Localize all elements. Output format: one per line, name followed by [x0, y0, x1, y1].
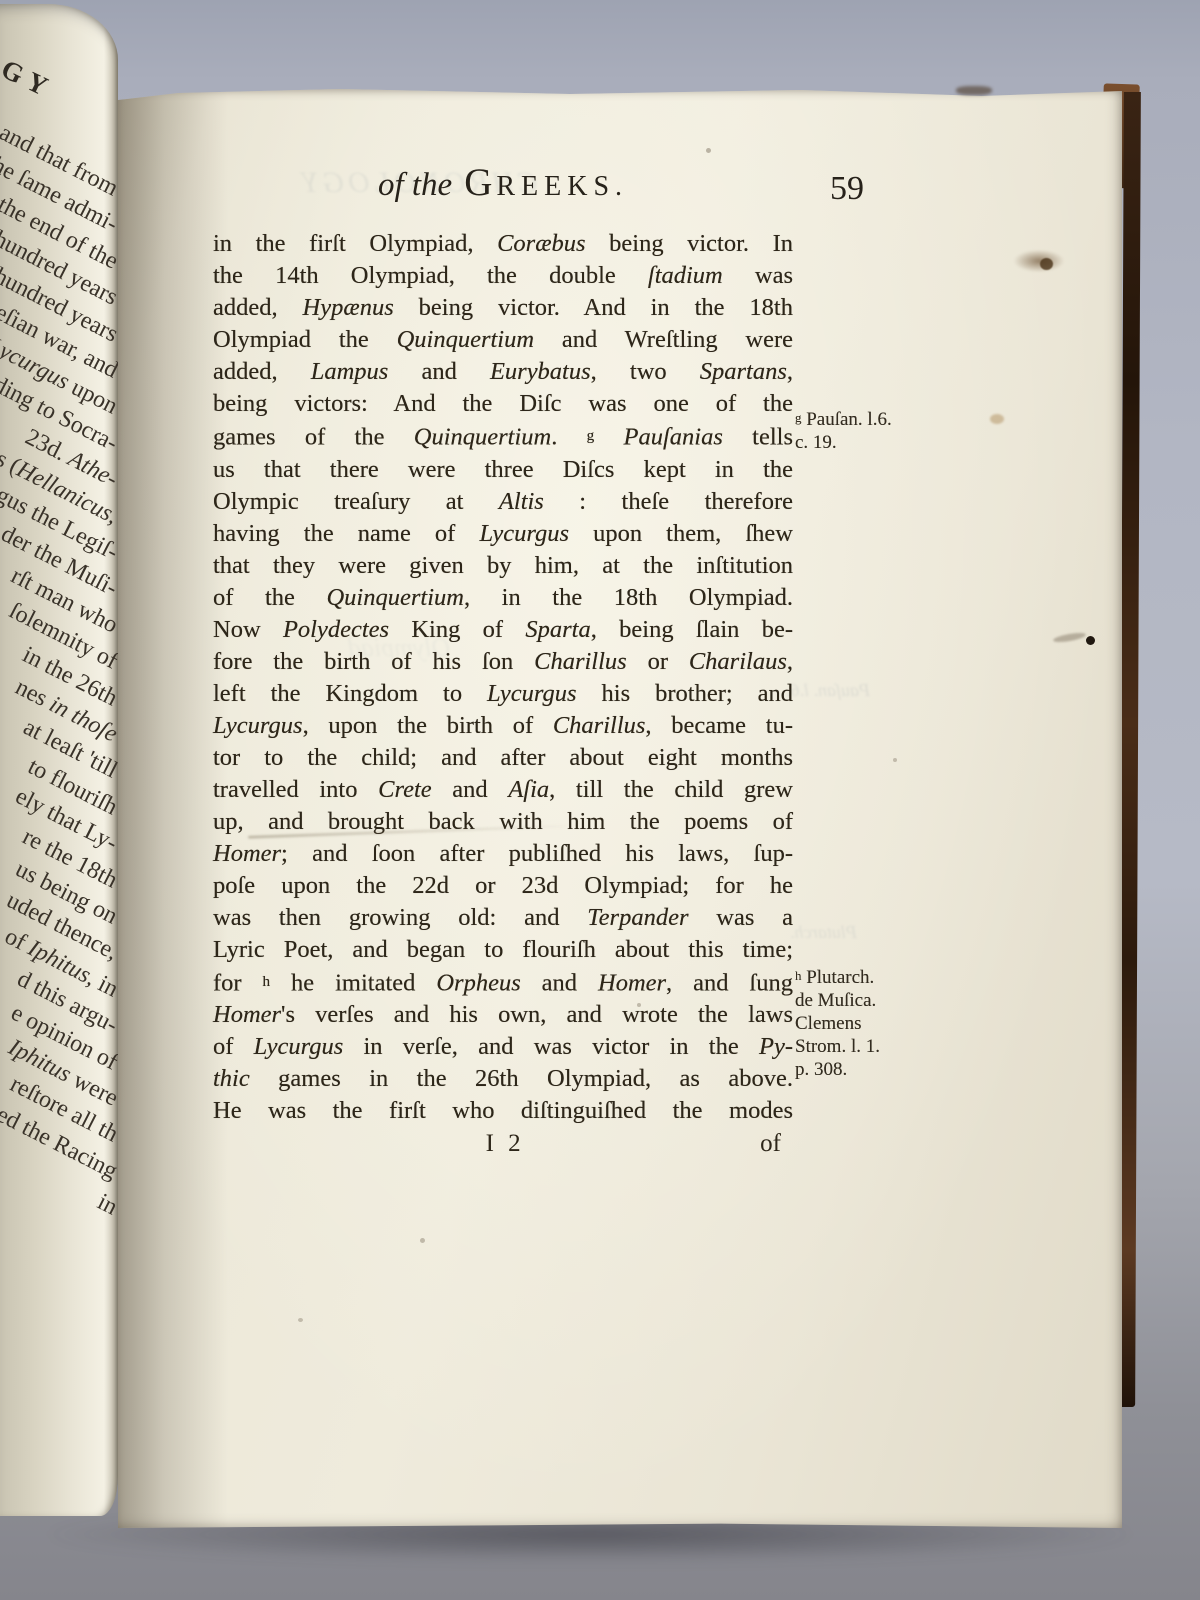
body-text-line: Olympic treaſury at Altis : theſe theref… — [213, 486, 793, 518]
body-text-line: He was the firſt who diſtinguiſhed the m… — [213, 1095, 793, 1127]
right-page: CHRONOLOGY Pauſan. l.6. Plutarch. Olympi… — [118, 88, 1122, 1528]
running-title-caps: REEKS. — [496, 171, 628, 202]
body-text-line: Homer's verſes and his own, and wrote th… — [213, 999, 793, 1031]
bleed-through-ghost: Pauſan. l.6. — [786, 680, 870, 701]
body-text: in the firſt Olympiad, Coræbus being vic… — [213, 228, 793, 1127]
body-text-line: that they were given by him, at the inſt… — [213, 550, 793, 582]
body-text-line: was then growing old: and Terpander was … — [213, 902, 793, 934]
foxing-spot — [956, 86, 992, 95]
body-text-line: fore the birth of his ſon Charillus or C… — [213, 646, 793, 678]
body-text-line: travelled into Crete and Aſia, till the … — [213, 774, 793, 806]
ink-dot — [1086, 636, 1095, 645]
body-text-line: us that there were three Diſcs kept in t… — [213, 454, 793, 486]
body-text-line: Olympiad the Quinquertium and Wreſtling … — [213, 324, 793, 356]
body-text-line: Lycurgus, upon the birth of Charillus, b… — [213, 710, 793, 742]
body-text-line: left the Kingdom to Lycurgus his brother… — [213, 678, 793, 710]
body-text-line: having the name of Lycurgus upon them, ſ… — [213, 518, 793, 550]
body-text-line: thic games in the 26th Olympiad, as abov… — [213, 1063, 793, 1095]
margin-note-g: g Pauſan. l.6.c. 19. — [795, 406, 905, 454]
body-text-line: the 14th Olympiad, the double ſtadium wa… — [213, 260, 793, 292]
body-text-line: Homer; and ſoon after publiſhed his laws… — [213, 838, 793, 870]
body-text-line: added, Lampus and Eurybatus, two Spartan… — [213, 356, 793, 388]
page-number: 59 — [830, 170, 864, 208]
running-title: of the GREEKS. — [213, 160, 793, 205]
body-text-line: tor to the child; and after about eight … — [213, 742, 793, 774]
body-text-line: poſe upon the 22d or 23d Olympiad; for h… — [213, 870, 793, 902]
bleed-through-ghost: Plutarch. — [790, 922, 857, 943]
running-title-caps-initial: G — [464, 161, 496, 204]
signature-mark: I 2 — [486, 1130, 525, 1158]
body-text-line: of the Quinquertium, in the 18th Olympia… — [213, 582, 793, 614]
catchline: I 2 of — [213, 1130, 793, 1164]
catchword: of — [760, 1130, 781, 1158]
margin-note-h: h Plutarch.de Muſica.ClemensStrom. l. 1.… — [795, 964, 905, 1081]
body-text-line: up, and brought back with him the poems … — [213, 806, 793, 838]
book-photo-scene: GY and that fromthe ſame admi-the end of… — [0, 0, 1200, 1600]
body-text-line: added, Hypænus being victor. And in the … — [213, 292, 793, 324]
gutter-shadow — [118, 88, 228, 1528]
body-text-line: for h he imitated Orpheus and Homer, and… — [213, 966, 793, 1000]
body-text-line: of Lycurgus in verſe, and was victor in … — [213, 1031, 793, 1063]
note-reference-letter: g — [795, 410, 801, 425]
body-text-line: in the firſt Olympiad, Coræbus being vic… — [213, 228, 793, 260]
body-text-line: Lyric Poet, and began to flouriſh about … — [213, 934, 793, 966]
running-title-italic: of the — [378, 167, 452, 203]
body-text-line: games of the Quinquertium. g Pauſanias t… — [213, 420, 793, 454]
body-text-line: being victors: And the Diſc was one of t… — [213, 388, 793, 420]
body-text-line: Now Polydectes King of Sparta, being ſla… — [213, 614, 793, 646]
note-reference-letter: h — [795, 968, 801, 983]
